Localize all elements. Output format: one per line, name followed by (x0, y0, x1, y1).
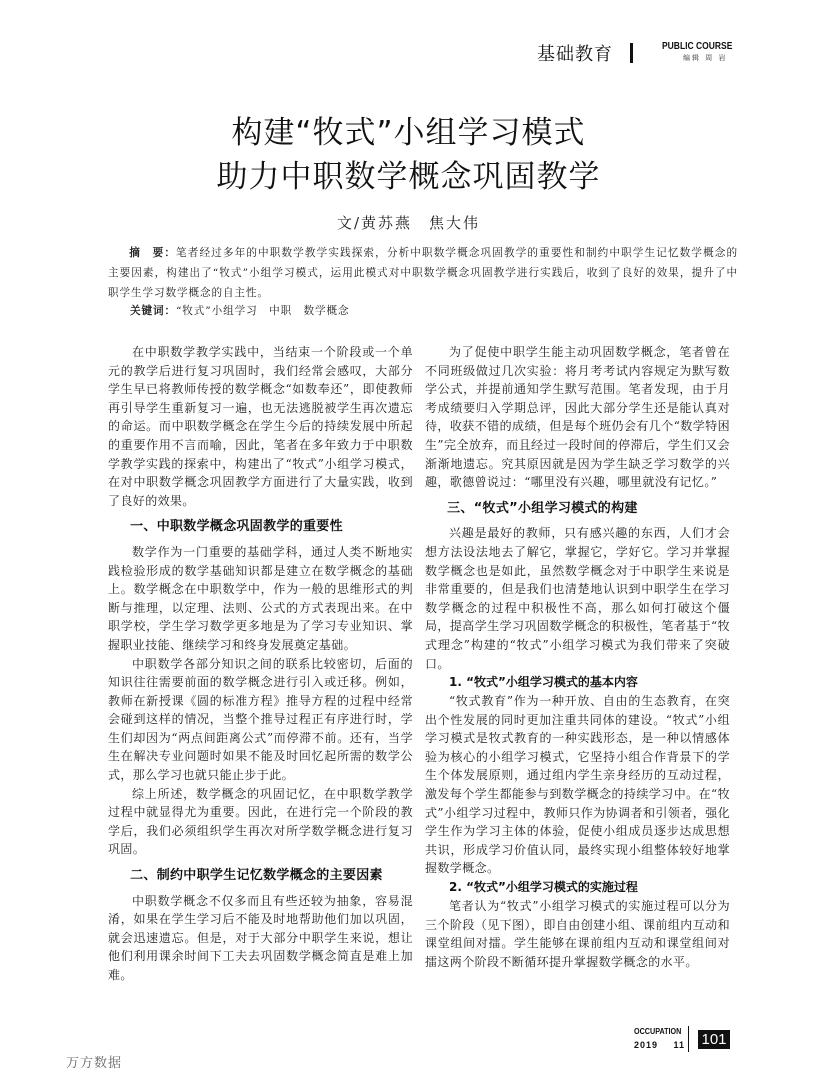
paragraph: 中职数学概念不仅多而且有些还较为抽象，容易混淆，如果在学生学习后不能及时地帮助他… (108, 892, 413, 985)
section-heading-3: 三、“牧式”小组学习模式的构建 (425, 500, 730, 519)
left-column: 在中职数学教学实践中，当结束一个阶段或一个单元的教学后进行复习巩固时，我们经常会… (108, 343, 413, 985)
journal-name: OCCUPATION (634, 1027, 681, 1036)
column-name-en: PUBLIC COURSE (662, 41, 732, 52)
page-number: 101 (698, 1030, 730, 1049)
issue-number: 11 (674, 1040, 686, 1050)
paragraph: 为了促使中职学生能主动巩固数学概念，笔者曾在不同班级做过几次实验：将月考考试内容… (425, 343, 730, 492)
section-name: 基础教育 (537, 40, 613, 66)
section-heading-2: 二、制约中职学生记忆数学概念的主要因素 (108, 867, 413, 886)
abstract: 摘 要：笔者经过多年的中职数学教学实践探索，分析中职数学概念巩固教学的重要性和制… (108, 243, 738, 303)
paragraph: 中职数学各部分知识之间的联系比较密切，后面的知识往往需要前面的数学概念进行引入或… (108, 655, 413, 785)
editor-credit: 编辑 周 岩 (683, 53, 727, 63)
issue-date: 2019 11 (634, 1040, 685, 1050)
paragraph: “牧式教育”作为一种开放、自由的生态教育，在突出个性发展的同时更加注重共同体的建… (425, 692, 730, 878)
abstract-label: 摘 要： (129, 247, 176, 259)
keywords: 关键词：“牧式”小组学习 中职 数学概念 (130, 303, 350, 318)
paragraph: 兴趣是最好的教师，只有感兴趣的东西，人们才会想方法设法地去了解它，掌握它，学好它… (425, 524, 730, 673)
paragraph: 笔者认为“牧式”小组学习模式的实施过程可以分为三个阶段（见下图），即自由创建小组… (425, 897, 730, 971)
subsection-heading-2: 2. “牧式”小组学习模式的实施过程 (425, 878, 730, 897)
watermark: 万方数据 (66, 1052, 122, 1071)
keywords-text: “牧式”小组学习 中职 数学概念 (176, 305, 350, 317)
keywords-label: 关键词： (130, 305, 176, 317)
subsection-heading-1: 1. “牧式”小组学习模式的基本内容 (425, 673, 730, 692)
intro-paragraph: 在中职数学教学实践中，当结束一个阶段或一个单元的教学后进行复习巩固时，我们经常会… (108, 343, 413, 510)
issue-year: 2019 (634, 1040, 658, 1050)
paragraph: 数学作为一门重要的基础学科，通过人类不断地实践检验形成的数学基础知识都是建立在数… (108, 543, 413, 655)
author-byline: 文/黄苏燕 焦大伟 (0, 212, 817, 233)
paragraph: 综上所述，数学概念的巩固记忆，在中职数学教学过程中就显得尤为重要。因此，在进行完… (108, 785, 413, 859)
header-divider (630, 43, 633, 63)
section-heading-1: 一、中职数学概念巩固教学的重要性 (108, 518, 413, 537)
article-title-line1: 构建“牧式”小组学习模式 (0, 107, 817, 152)
footer-divider (688, 1026, 689, 1052)
right-column: 为了促使中职学生能主动巩固数学概念，笔者曾在不同班级做过几次实验：将月考考试内容… (425, 343, 730, 971)
abstract-text: 笔者经过多年的中职数学教学实践探索，分析中职数学概念巩固教学的重要性和制约中职学… (108, 247, 738, 299)
article-title-line2: 助力中职数学概念巩固教学 (0, 151, 817, 196)
